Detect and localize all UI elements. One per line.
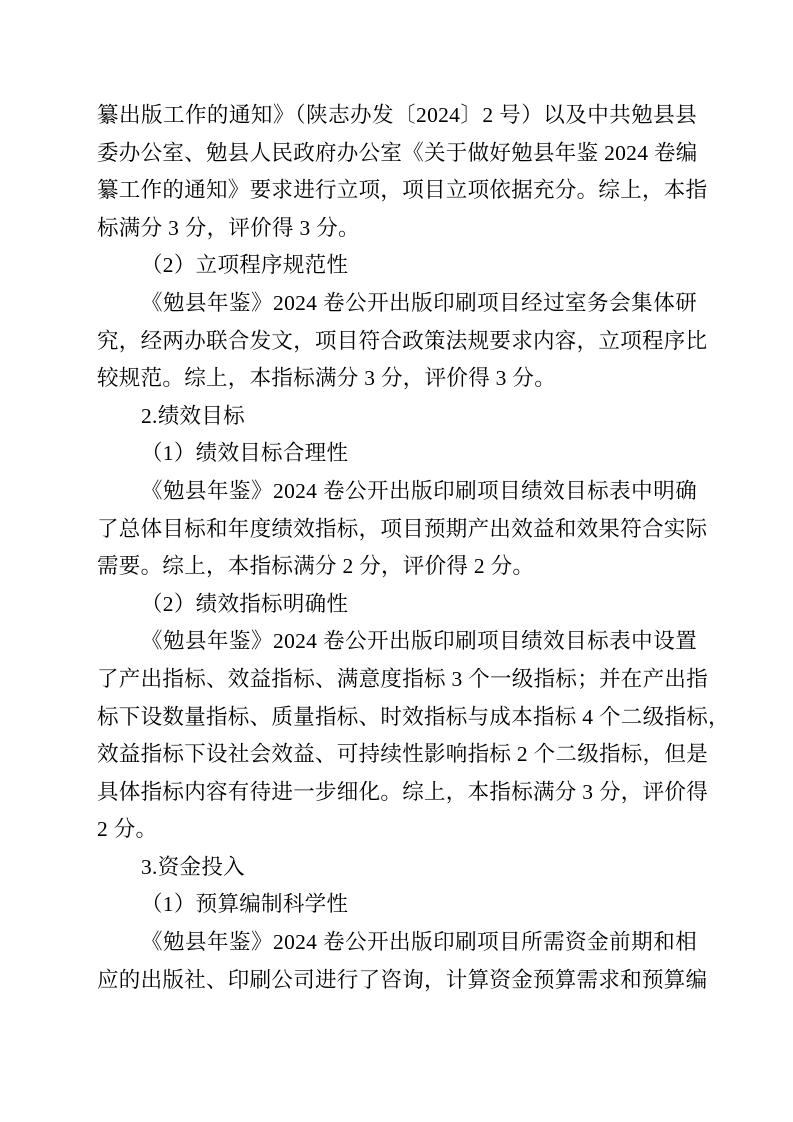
- text-line: （1）绩效目标合理性: [97, 435, 697, 473]
- subheading-paragraph: （1）绩效目标合理性: [97, 435, 697, 473]
- text-line: 3.资金投入: [97, 849, 697, 887]
- text-line: 《勉县年鉴》2024 卷公开出版印刷项目经过室务会集体研: [97, 285, 697, 323]
- heading-paragraph: 2.绩效目标: [97, 398, 697, 436]
- text-body: 纂出版工作的通知》（陕志办发〔2024〕2 号）以及中共勉县县委办公室、勉县人民…: [97, 97, 697, 999]
- text-line: 究，经两办联合发文，项目符合政策法规要求内容，立项程序比: [97, 323, 697, 361]
- text-line: 纂出版工作的通知》（陕志办发〔2024〕2 号）以及中共勉县县: [97, 97, 697, 135]
- body-paragraph: 《勉县年鉴》2024 卷公开出版印刷项目所需资金前期和相应的出版社、印刷公司进行…: [97, 924, 697, 999]
- text-line: 委办公室、勉县人民政府办公室《关于做好勉县年鉴 2024 卷编: [97, 135, 697, 173]
- text-line: 《勉县年鉴》2024 卷公开出版印刷项目绩效目标表中设置: [97, 623, 697, 661]
- text-line: 较规范。综上，本指标满分 3 分，评价得 3 分。: [97, 360, 697, 398]
- text-line: 2.绩效目标: [97, 398, 697, 436]
- subheading-paragraph: （2）立项程序规范性: [97, 247, 697, 285]
- document-page: 纂出版工作的通知》（陕志办发〔2024〕2 号）以及中共勉县县委办公室、勉县人民…: [0, 0, 793, 1122]
- body-paragraph: 《勉县年鉴》2024 卷公开出版印刷项目经过室务会集体研究，经两办联合发文，项目…: [97, 285, 697, 398]
- text-line: 标满分 3 分，评价得 3 分。: [97, 210, 697, 248]
- text-line: 应的出版社、印刷公司进行了咨询，计算资金预算需求和预算编: [97, 962, 697, 1000]
- text-line: 了产出指标、效益指标、满意度指标 3 个一级指标；并在产出指: [97, 661, 697, 699]
- text-line: 标下设数量指标、质量指标、时效指标与成本指标 4 个二级指标，: [97, 699, 697, 737]
- heading-paragraph: 3.资金投入: [97, 849, 697, 887]
- text-line: 具体指标内容有待进一步细化。综上，本指标满分 3 分，评价得: [97, 774, 697, 812]
- text-line: 效益指标下设社会效益、可持续性影响指标 2 个二级指标，但是: [97, 736, 697, 774]
- text-line: 2 分。: [97, 811, 697, 849]
- text-line: 《勉县年鉴》2024 卷公开出版印刷项目绩效目标表中明确: [97, 473, 697, 511]
- text-line: （2）绩效指标明确性: [97, 586, 697, 624]
- text-line: （2）立项程序规范性: [97, 247, 697, 285]
- body-paragraph: 《勉县年鉴》2024 卷公开出版印刷项目绩效目标表中设置了产出指标、效益指标、满…: [97, 623, 697, 849]
- text-line: 《勉县年鉴》2024 卷公开出版印刷项目所需资金前期和相: [97, 924, 697, 962]
- text-line: 需要。综上，本指标满分 2 分，评价得 2 分。: [97, 548, 697, 586]
- text-line: 了总体目标和年度绩效指标，项目预期产出效益和效果符合实际: [97, 511, 697, 549]
- body-paragraph: 《勉县年鉴》2024 卷公开出版印刷项目绩效目标表中明确了总体目标和年度绩效指标…: [97, 473, 697, 586]
- subheading-paragraph: （2）绩效指标明确性: [97, 586, 697, 624]
- body-continuation-paragraph: 纂出版工作的通知》（陕志办发〔2024〕2 号）以及中共勉县县委办公室、勉县人民…: [97, 97, 697, 247]
- text-line: 纂工作的通知》要求进行立项，项目立项依据充分。综上，本指: [97, 172, 697, 210]
- subheading-paragraph: （1）预算编制科学性: [97, 886, 697, 924]
- text-line: （1）预算编制科学性: [97, 886, 697, 924]
